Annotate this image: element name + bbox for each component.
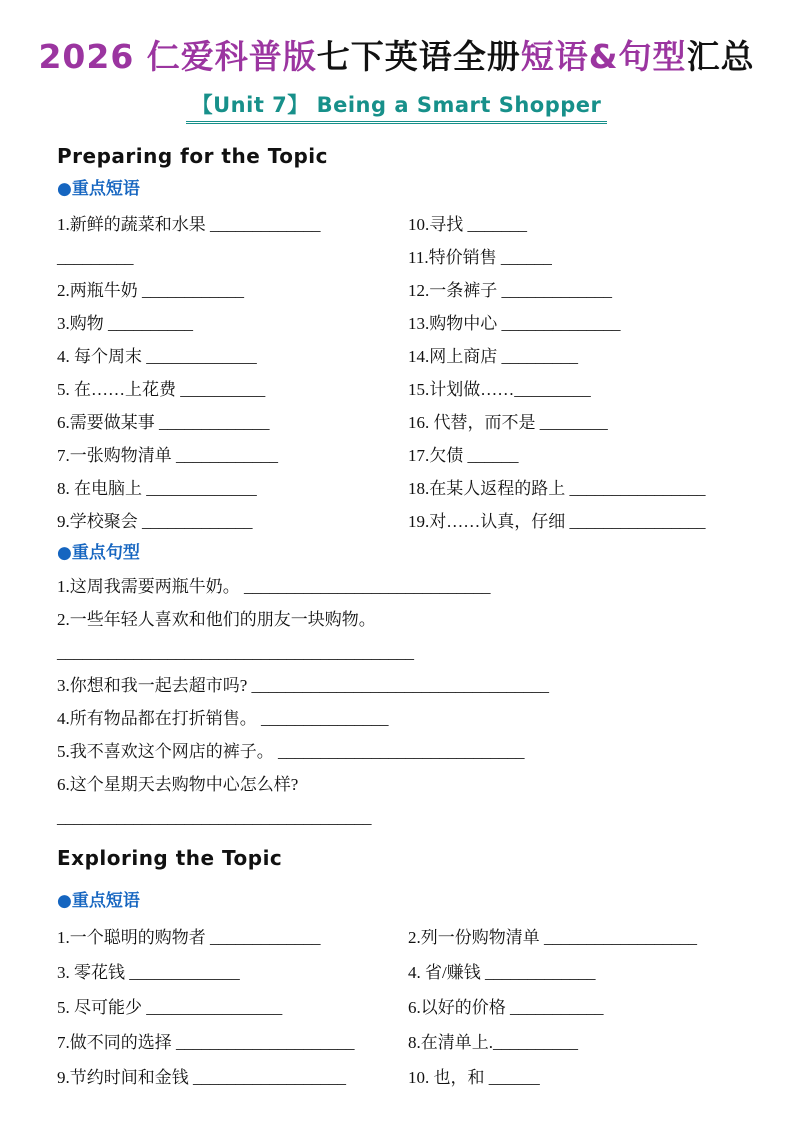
- sentences-header-preparing: ●重点句型: [57, 542, 793, 564]
- exploring-phrases-right-column: 2.列一份购物清单 __________________ 4. 省/赚钱 ___…: [408, 920, 737, 1095]
- preparing-phrase-grid: 1.新鲜的蔬菜和水果 _____________ _________ 2.两瓶牛…: [57, 208, 737, 538]
- blank-line: _____________________________________: [57, 801, 737, 834]
- phrase-item: 6.以好的价格 ___________: [408, 990, 737, 1025]
- phrase-item: 6.需要做某事 _____________: [57, 406, 408, 439]
- title-segment-phrases: 短语&句型: [521, 37, 687, 76]
- unit-subtitle: 【Unit 7】 Being a Smart Shopper: [186, 89, 608, 124]
- exploring-phrases-left-column: 1.一个聪明的购物者 _____________ 3. 零花钱 ________…: [57, 920, 408, 1095]
- phrase-item: 1.新鲜的蔬菜和水果 _____________: [57, 208, 408, 241]
- blank-line: _________: [57, 241, 408, 274]
- title-segment-book: 七下英语全册: [317, 37, 521, 76]
- phrases-header-exploring: ●重点短语: [57, 890, 793, 912]
- blank-line: ________________________________________…: [57, 636, 737, 669]
- sentence-item: 1.这周我需要两瓶牛奶。 ___________________________…: [57, 570, 737, 603]
- phrase-item: 1.一个聪明的购物者 _____________: [57, 920, 408, 955]
- phrase-item: 7.做不同的选择 _____________________: [57, 1025, 408, 1060]
- phrase-item: 5. 尽可能少 ________________: [57, 990, 408, 1025]
- phrase-item: 19.对……认真，仔细 ________________: [408, 505, 737, 538]
- exploring-phrase-grid: 1.一个聪明的购物者 _____________ 3. 零花钱 ________…: [57, 920, 737, 1095]
- phrase-item: 9.节约时间和金钱 __________________: [57, 1060, 408, 1095]
- phrase-item: 14.网上商店 _________: [408, 340, 737, 373]
- sentence-item: 6.这个星期天去购物中心怎么样?: [57, 768, 737, 801]
- phrase-item: 10. 也，和 ______: [408, 1060, 737, 1095]
- phrase-item: 17.欠债 ______: [408, 439, 737, 472]
- phrase-item: 8. 在电脑上 _____________: [57, 472, 408, 505]
- phrase-item: 10.寻找 _______: [408, 208, 737, 241]
- section-heading-exploring: Exploring the Topic: [57, 846, 793, 870]
- phrase-item: 2.列一份购物清单 __________________: [408, 920, 737, 955]
- section-heading-preparing: Preparing for the Topic: [57, 144, 793, 168]
- phrase-item: 8.在清单上.__________: [408, 1025, 737, 1060]
- phrase-item: 9.学校聚会 _____________: [57, 505, 408, 538]
- phrase-item: 12.一条裤子 _____________: [408, 274, 737, 307]
- phrase-item: 3. 零花钱 _____________: [57, 955, 408, 990]
- phrases-header-preparing: ●重点短语: [57, 178, 793, 200]
- phrase-item: 16. 代替，而不是 ________: [408, 406, 737, 439]
- sentence-item: 4.所有物品都在打折销售。 _______________: [57, 702, 737, 735]
- preparing-phrases-right-column: 10.寻找 _______ 11.特价销售 ______ 12.一条裤子 ___…: [408, 208, 737, 538]
- sentence-item: 3.你想和我一起去超市吗? __________________________…: [57, 669, 737, 702]
- unit-subtitle-row: 【Unit 7】 Being a Smart Shopper: [0, 89, 793, 124]
- phrase-item: 4. 省/赚钱 _____________: [408, 955, 737, 990]
- sentence-item: 2.一些年轻人喜欢和他们的朋友一块购物。: [57, 603, 737, 636]
- title-segment-summary: 汇总: [687, 37, 755, 76]
- phrase-item: 15.计划做……_________: [408, 373, 737, 406]
- page-title: 2026 仁爱科普版七下英语全册短语&句型汇总: [0, 0, 793, 77]
- sentence-item: 5.我不喜欢这个网店的裤子。 _________________________…: [57, 735, 737, 768]
- title-segment-edition: 2026 仁爱科普版: [38, 37, 316, 76]
- phrase-item: 13.购物中心 ______________: [408, 307, 737, 340]
- phrase-item: 11.特价销售 ______: [408, 241, 737, 274]
- phrase-item: 18.在某人返程的路上 ________________: [408, 472, 737, 505]
- phrase-item: 5. 在……上花费 __________: [57, 373, 408, 406]
- phrase-item: 2.两瓶牛奶 ____________: [57, 274, 408, 307]
- phrase-item: 3.购物 __________: [57, 307, 408, 340]
- preparing-phrases-left-column: 1.新鲜的蔬菜和水果 _____________ _________ 2.两瓶牛…: [57, 208, 408, 538]
- preparing-sentences: 1.这周我需要两瓶牛奶。 ___________________________…: [57, 570, 737, 834]
- phrase-item: 4. 每个周末 _____________: [57, 340, 408, 373]
- phrase-item: 7.一张购物清单 ____________: [57, 439, 408, 472]
- worksheet-page: 2026 仁爱科普版七下英语全册短语&句型汇总 【Unit 7】 Being a…: [0, 0, 793, 1122]
